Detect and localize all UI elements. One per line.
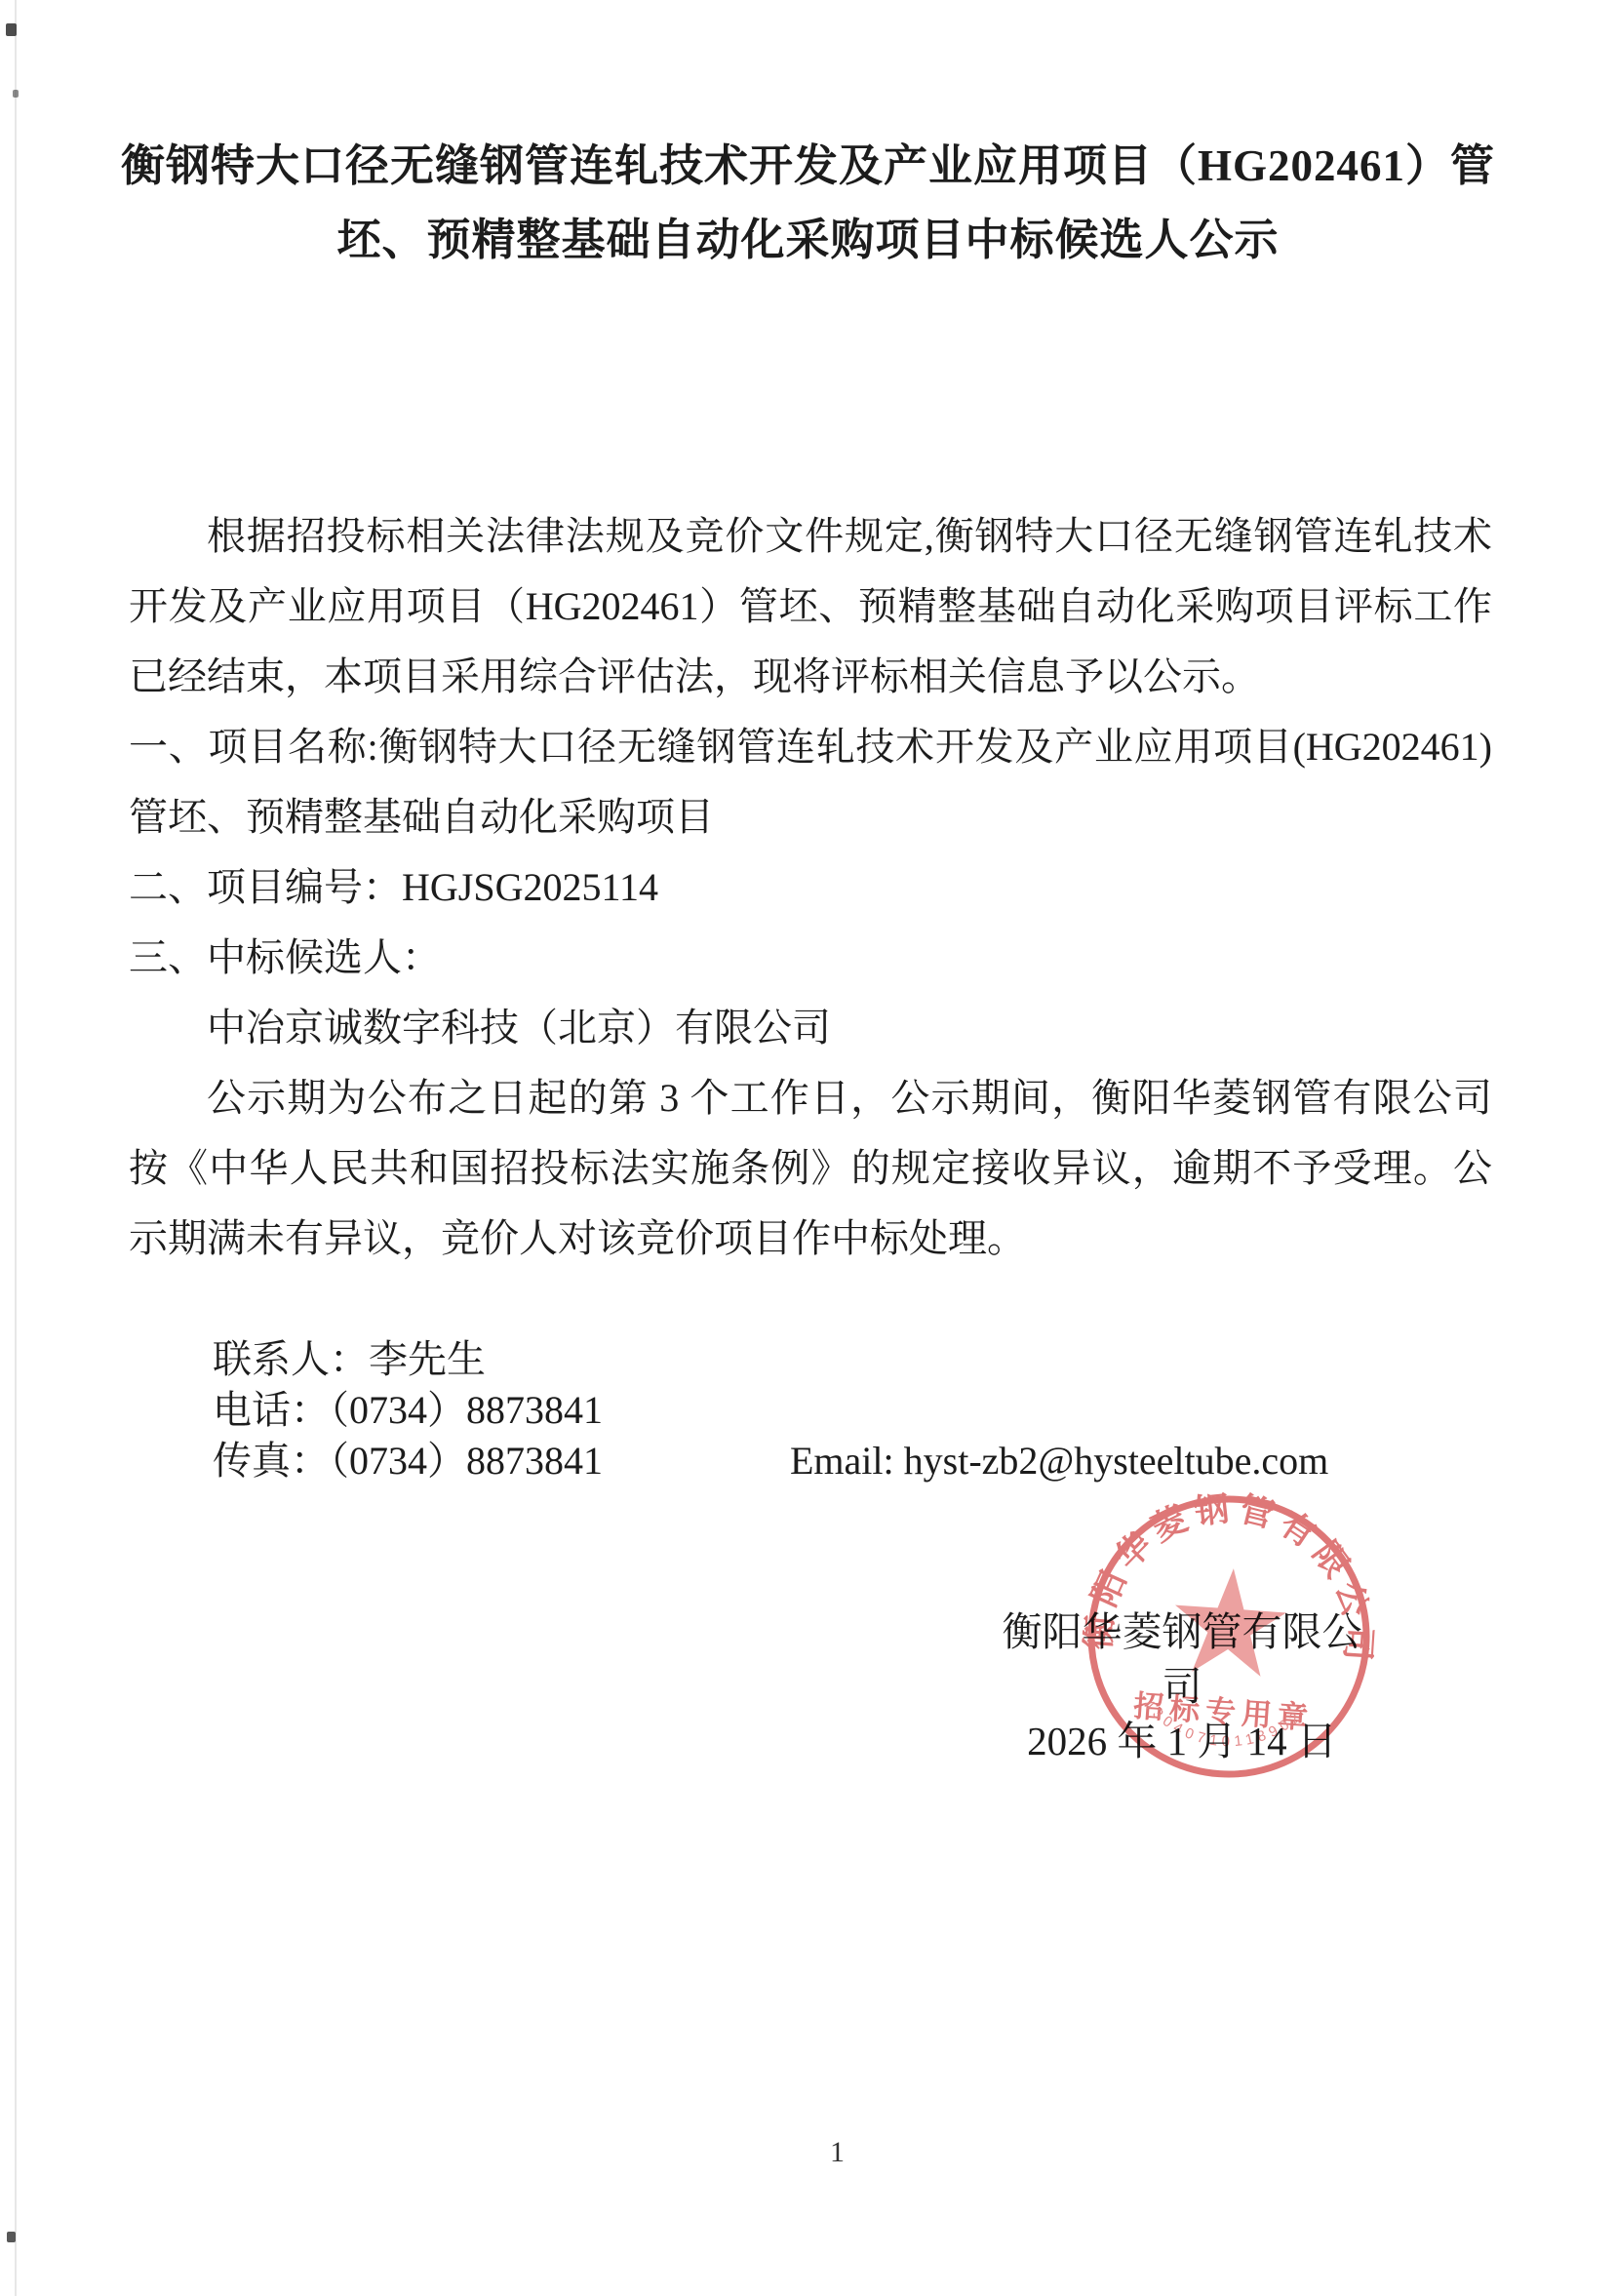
document-page: 衡钢特大口径无缝钢管连轧技术开发及产业应用项目（HG202461）管 坯、预精整… <box>0 0 1616 2296</box>
candidate-heading: 三、中标候选人： <box>129 923 1492 993</box>
contact-person: 联系人：李先生 <box>213 1334 1328 1385</box>
contact-email: Email: hyst-zb2@hysteeltube.com <box>790 1439 1328 1483</box>
scan-artifact <box>7 2232 16 2242</box>
project-number-item: 二、项目编号：HGJSG2025114 <box>129 852 1492 923</box>
company-seal-stamp: 衡阳华菱钢管有限公司 招标专用章 43040710118902 <box>1073 1481 1385 1793</box>
document-body: 根据招投标相关法律法规及竞价文件规定,衡钢特大口径无缝钢管连轧技术开发及产业应用… <box>129 501 1492 1274</box>
document-title-line1: 衡钢特大口径无缝钢管连轧技术开发及产业应用项目（HG202461）管 <box>107 129 1509 203</box>
scan-edge-line <box>15 0 17 2296</box>
notice-paragraph: 公示期为公布之日起的第 3 个工作日，公示期间，衡阳华菱钢管有限公司按《中华人民… <box>129 1063 1492 1274</box>
scan-artifact <box>13 90 19 98</box>
seal-star-icon <box>1170 1564 1288 1678</box>
contact-phone: 电话：（0734）8873841 <box>213 1385 1328 1436</box>
contact-block: 联系人：李先生 电话：（0734）8873841 传真：（0734）887384… <box>213 1334 1328 1486</box>
contact-fax-row: 传真：（0734）8873841 Email: hyst-zb2@hysteel… <box>213 1436 1328 1486</box>
document-title: 衡钢特大口径无缝钢管连轧技术开发及产业应用项目（HG202461）管 坯、预精整… <box>107 129 1509 277</box>
document-title-line2: 坯、预精整基础自动化采购项目中标候选人公示 <box>107 203 1509 277</box>
candidate-name: 中冶京诚数字科技（北京）有限公司 <box>129 993 1492 1063</box>
intro-paragraph: 根据招投标相关法律法规及竞价文件规定,衡钢特大口径无缝钢管连轧技术开发及产业应用… <box>129 501 1492 712</box>
project-name-item: 一、项目名称:衡钢特大口径无缝钢管连轧技术开发及产业应用项目(HG202461)… <box>129 712 1492 852</box>
contact-fax: 传真：（0734）8873841 <box>213 1436 780 1486</box>
scan-artifact <box>6 23 17 36</box>
page-number: 1 <box>29 2136 1616 2169</box>
